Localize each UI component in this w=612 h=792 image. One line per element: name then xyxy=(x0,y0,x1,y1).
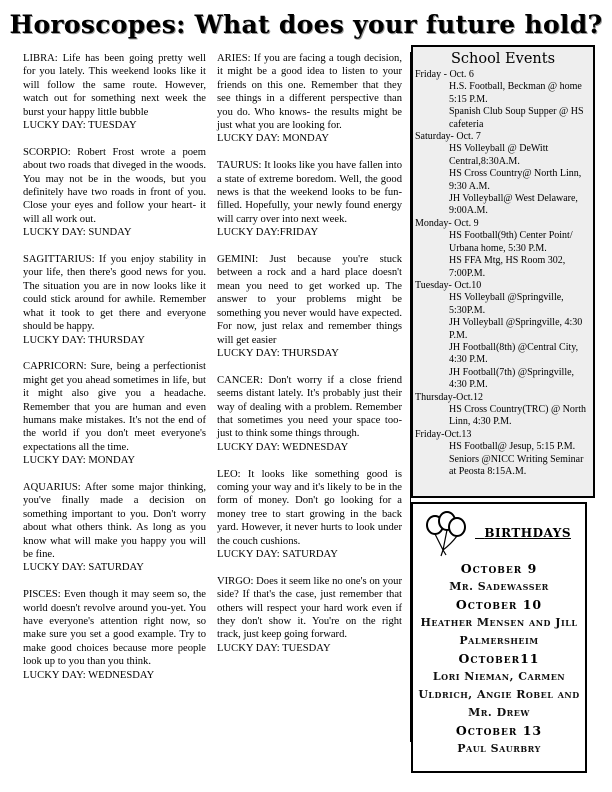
birthdays-header: BIRTHDAYS xyxy=(413,504,585,560)
horoscope-text: AQUARIUS: After some major thinking, you… xyxy=(23,481,206,561)
lucky-day: LUCKY DAY: THURSDAY xyxy=(217,347,402,360)
event-item: HS Cross Country(TRC) @ North Linn, 4:30… xyxy=(413,404,593,429)
birthday-names: Mr. Sadewasser xyxy=(413,578,585,596)
event-item: HS Football(9th) Center Point/ Urbana ho… xyxy=(413,230,593,255)
event-item: JH Football(7th) @Springville, 4:30 P.M. xyxy=(413,367,593,392)
event-item: Spanish Club Soup Supper @ HS cafeteria xyxy=(413,106,593,131)
birthday-names: Heather Mensen and Jill Palmersheim xyxy=(413,614,585,650)
birthdays-title: BIRTHDAYS xyxy=(475,526,571,540)
horoscope-text: LEO: It looks like something good is com… xyxy=(217,468,402,548)
horoscopes-column-left: LIBRA: Life has been going pretty well f… xyxy=(23,52,206,695)
horoscope-capricorn: CAPRICORN: Sure, being a perfectionist m… xyxy=(23,360,206,467)
lucky-day: LUCKY DAY: MONDAY xyxy=(217,132,402,145)
lucky-day: LUCKY DAY:FRIDAY xyxy=(217,226,402,239)
lucky-day: LUCKY DAY: WEDNESDAY xyxy=(217,441,402,454)
event-day: Monday- Oct. 9 xyxy=(413,218,593,230)
event-item: H.S. Football, Beckman @ home 5:15 P.M. xyxy=(413,81,593,106)
event-day: Thursday-Oct.12 xyxy=(413,392,593,404)
horoscope-scorpio: SCORPIO: Robert Frost wrote a poem about… xyxy=(23,146,206,240)
lucky-day: LUCKY DAY: MONDAY xyxy=(23,454,206,467)
birthdays-box: BIRTHDAYS October 9 Mr. Sadewasser Octob… xyxy=(411,502,587,773)
horoscope-aquarius: AQUARIUS: After some major thinking, you… xyxy=(23,481,206,575)
event-item: HS Volleyball @ DeWitt Central,8:30A.M. xyxy=(413,143,593,168)
lucky-day: LUCKY DAY: WEDNESDAY xyxy=(23,669,206,682)
horoscope-text: VIRGO: Does it seem like no one's on you… xyxy=(217,575,402,642)
birthdays-title-text: BIRTHDAYS xyxy=(484,526,571,540)
lucky-day: LUCKY DAY: TUESDAY xyxy=(217,642,402,655)
event-item: HS Cross Country@ North Linn, 9:30 A.M. xyxy=(413,168,593,193)
horoscope-text: PISCES: Even though it may seem so, the … xyxy=(23,588,206,668)
horoscope-sagittarius: SAGITTARIUS: If you enjoy stability in y… xyxy=(23,253,206,347)
horoscope-text: ARIES: If you are facing a tough decisio… xyxy=(217,52,402,132)
lucky-day: LUCKY DAY: THURSDAY xyxy=(23,334,206,347)
horoscope-text: CAPRICORN: Sure, being a perfectionist m… xyxy=(23,360,206,454)
school-events-box: School Events Friday - Oct. 6 H.S. Footb… xyxy=(411,45,595,498)
page-title: Horoscopes: What does your future hold? xyxy=(0,10,612,39)
event-item: JH Volleyball @Springville, 4:30 P.M. xyxy=(413,317,593,342)
birthday-date: October 10 xyxy=(413,596,585,614)
horoscope-libra: LIBRA: Life has been going pretty well f… xyxy=(23,52,206,132)
birthday-date: October 9 xyxy=(413,560,585,578)
horoscope-text: SCORPIO: Robert Frost wrote a poem about… xyxy=(23,146,206,226)
birthday-names: Paul Saurbry xyxy=(413,740,585,758)
horoscope-aries: ARIES: If you are facing a tough decisio… xyxy=(217,52,402,146)
school-events-title: School Events xyxy=(413,49,593,69)
horoscope-text: TAURUS: It looks like you have fallen in… xyxy=(217,159,402,226)
horoscope-gemini: GEMINI: Just because you're stuck betwee… xyxy=(217,253,402,360)
horoscope-text: SAGITTARIUS: If you enjoy stability in y… xyxy=(23,253,206,333)
lucky-day: LUCKY DAY: TUESDAY xyxy=(23,119,206,132)
lucky-day: LUCKY DAY: SUNDAY xyxy=(23,226,206,239)
birthday-date: October11 xyxy=(413,650,585,668)
horoscope-virgo: VIRGO: Does it seem like no one's on you… xyxy=(217,575,402,655)
horoscope-pisces: PISCES: Even though it may seem so, the … xyxy=(23,588,206,682)
horoscope-text: CANCER: Don't worry if a close friend se… xyxy=(217,374,402,441)
event-item: JH Football(8th) @Central City, 4:30 P.M… xyxy=(413,342,593,367)
horoscope-text: GEMINI: Just because you're stuck betwee… xyxy=(217,253,402,347)
event-item: HS Volleyball @Springville, 5:30P.M. xyxy=(413,292,593,317)
event-day: Tuesday- Oct.10 xyxy=(413,280,593,292)
event-item: Seniors @NICC Writing Seminar at Peosta … xyxy=(413,454,593,479)
event-item: HS FFA Mtg, HS Room 302, 7:00P.M. xyxy=(413,255,593,280)
event-item: HS Football@ Jesup, 5:15 P.M. xyxy=(413,441,593,453)
balloons-icon xyxy=(423,510,469,558)
lucky-day: LUCKY DAY: SATURDAY xyxy=(217,548,402,561)
event-day: Friday - Oct. 6 xyxy=(413,69,593,81)
lucky-day: LUCKY DAY: SATURDAY xyxy=(23,561,206,574)
event-item: JH Volleyball@ West Delaware, 9:00A.M. xyxy=(413,193,593,218)
horoscope-leo: LEO: It looks like something good is com… xyxy=(217,468,402,562)
horoscope-cancer: CANCER: Don't worry if a close friend se… xyxy=(217,374,402,454)
event-day: Friday-Oct.13 xyxy=(413,429,593,441)
horoscope-text: LIBRA: Life has been going pretty well f… xyxy=(23,52,206,119)
birthday-names: Lori Nieman, Carmen Uldrich, Angie Robel… xyxy=(413,668,585,722)
horoscope-taurus: TAURUS: It looks like you have fallen in… xyxy=(217,159,402,239)
event-day: Saturday- Oct. 7 xyxy=(413,131,593,143)
birthday-date: October 13 xyxy=(413,722,585,740)
horoscopes-column-right: ARIES: If you are facing a tough decisio… xyxy=(217,52,402,669)
